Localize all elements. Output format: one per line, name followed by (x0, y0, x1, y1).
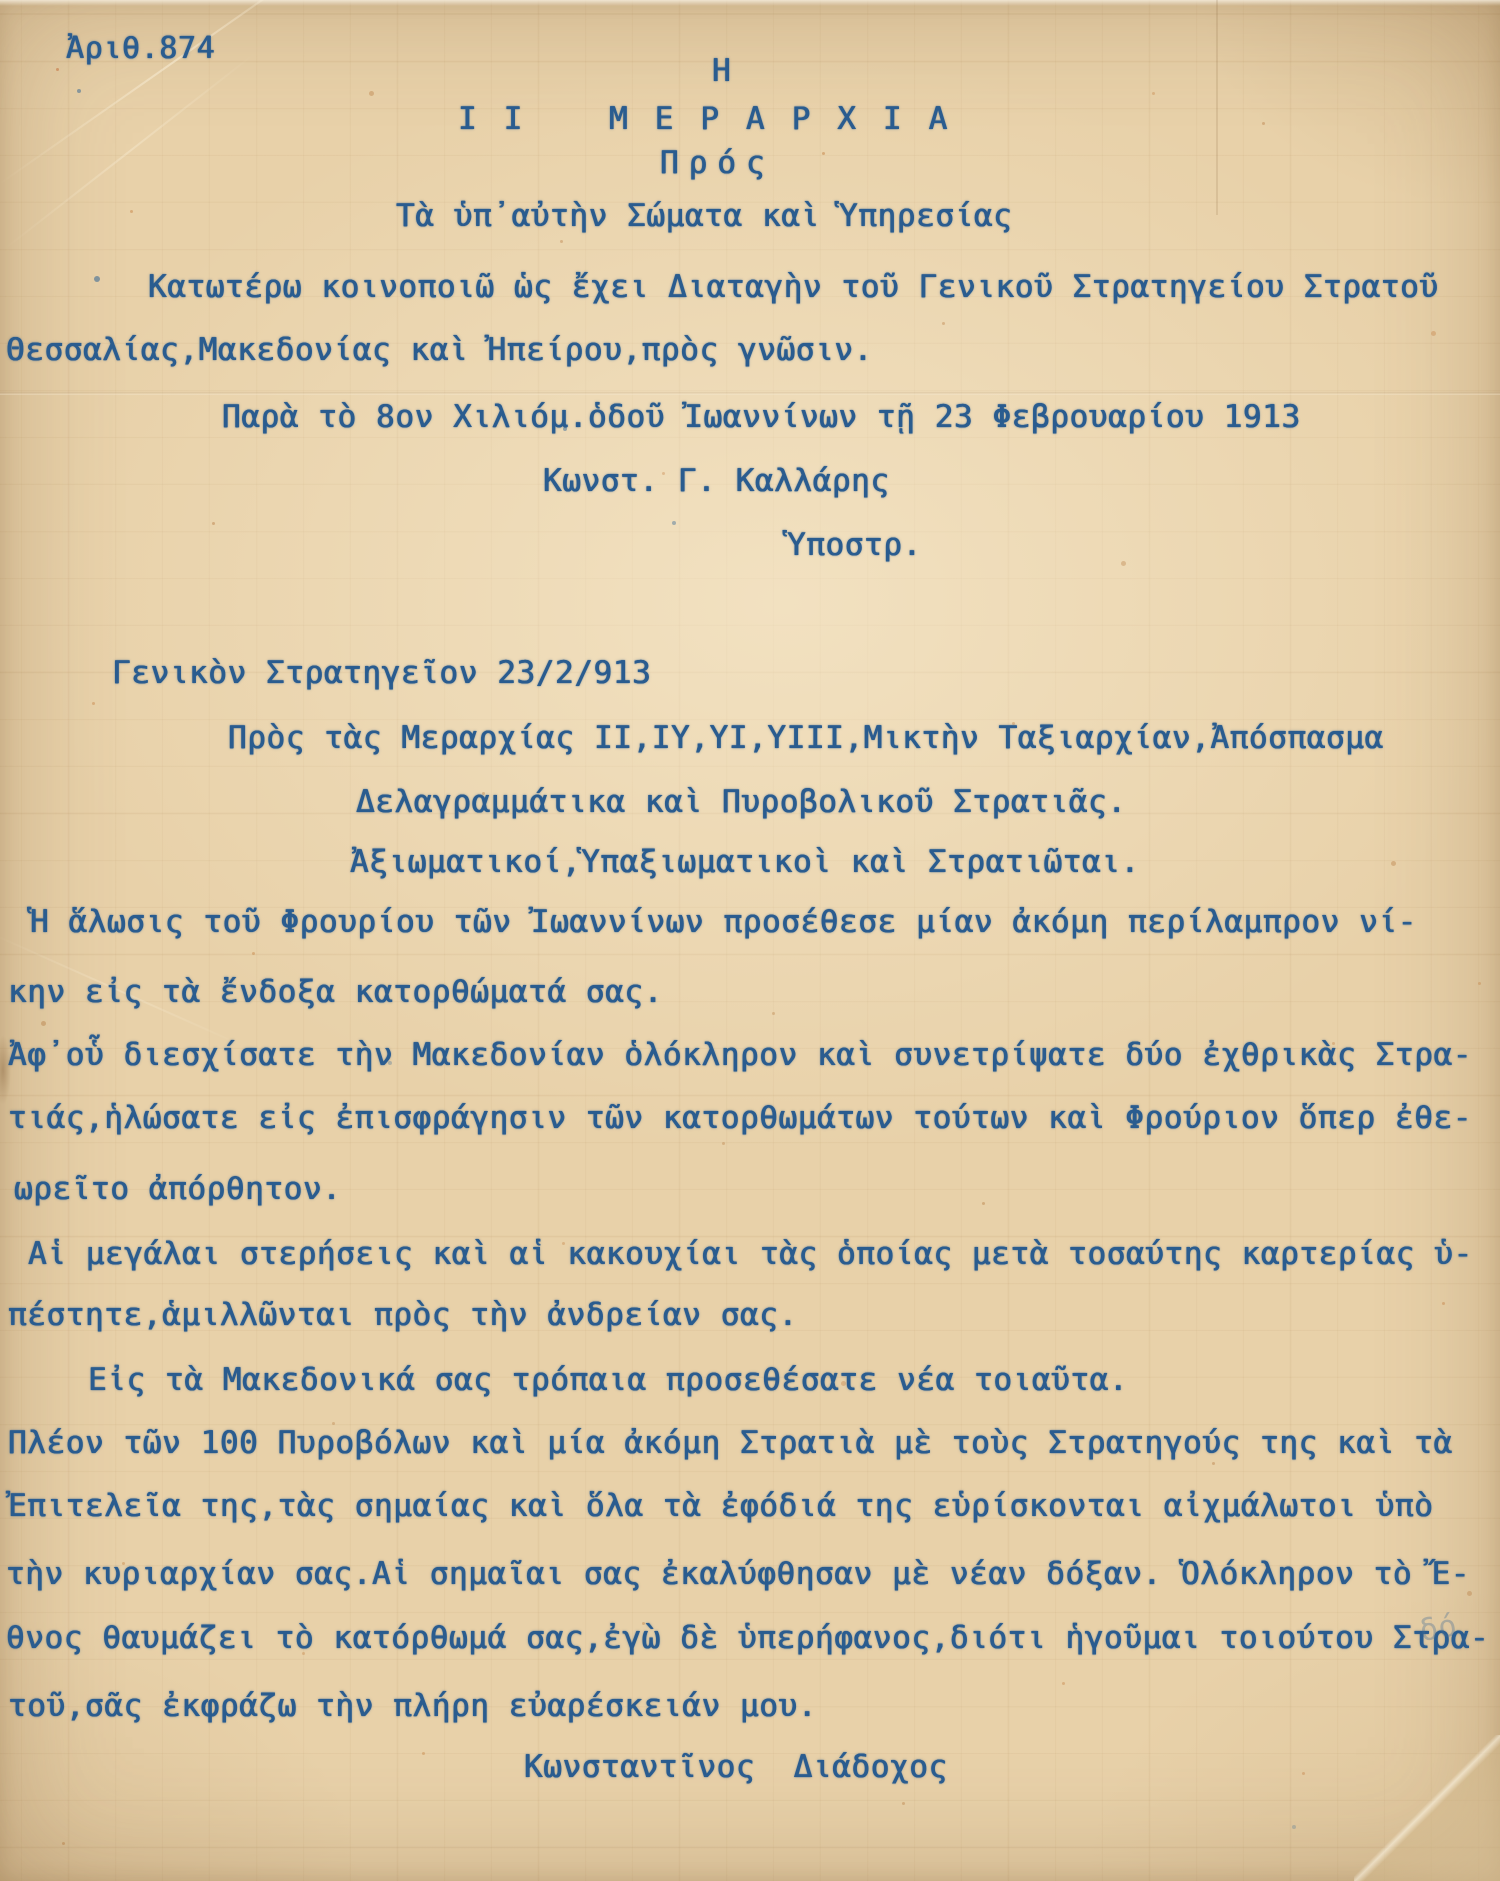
order-headquarters-line: Γενικὸν Στρατηγεῖον 23/2/913 (112, 656, 651, 692)
order-body-line: πέστητε,ἁμιλλῶνται πρὸς τὴν ἀνδρείαν σας… (8, 1298, 798, 1334)
forwarder-rank: Ὑποστρ. (787, 528, 922, 564)
order-body-line: τοῦ,σᾶς ἐκφράζω τὴν πλήρη εὐαρέσκειάν μο… (8, 1689, 817, 1725)
paper-top-edge-highlight (0, 0, 1500, 6)
forwarding-note-line: Κατωτέρω κοινοποιῶ ὡς ἔχει Διαταγὴν τοῦ … (148, 270, 1439, 306)
paper-scratch (3, 52, 256, 251)
dateline: Παρὰ τὸ 8ον Χιλιόμ.ὁδοῦ Ἰωαννίνων τῇ 23 … (222, 400, 1301, 436)
order-body-line: Αἱ μεγάλαι στερήσεις καὶ αἱ κακουχίαι τὰ… (28, 1237, 1473, 1273)
division-title: ΙΙ ΜΕΡΑΡΧΙΑ (458, 102, 974, 138)
order-body-line: Ἡ ἅλωσις τοῦ Φρουρίου τῶν Ἰωαννίνων προσ… (30, 905, 1417, 941)
order-body-line: Πλέον τῶν 100 Πυροβόλων καὶ μία ἀκόμη Στ… (8, 1426, 1453, 1462)
order-body-line: τὴν κυριαρχίαν σας.Αἱ σημαῖαι σας ἐκαλύφ… (6, 1557, 1470, 1593)
heading-article: Η (712, 54, 731, 90)
paper-corner-fold (1354, 1735, 1500, 1881)
order-body-line: Ἐπιτελεῖα της,τὰς σημαίας καὶ ὅλα τὰ ἐφό… (8, 1489, 1434, 1525)
paper-scratch (0, 0, 352, 185)
order-body-line: τιάς,ἡλώσατε εἰς ἐπισφράγησιν τῶν κατορθ… (8, 1101, 1472, 1137)
document-page: Ἀριθ.874 Η ΙΙ ΜΕΡΑΡΧΙΑ Πρός Τὰ ὑπ᾽αὐτὴν … (0, 0, 1500, 1881)
order-body-line: Ἀφ᾽οὗ διεσχίσατε τὴν Μακεδονίαν ὁλόκληρο… (8, 1038, 1472, 1074)
order-body-line: θνος θαυμάζει τὸ κατόρθωμά σας,ἐγὼ δὲ ὑπ… (6, 1621, 1489, 1657)
order-signature: Κωνσταντῖνος Διάδοχος (524, 1750, 948, 1786)
order-address-line: Δελαγραμμάτικα καὶ Πυροβολικοῦ Στρατιᾶς. (356, 785, 1127, 821)
order-salutation: Ἀξιωματικοί,Ὑπαξιωματικοὶ καὶ Στρατιῶται… (350, 845, 1140, 881)
ink-smudge-dots (0, 0, 4, 4)
heading-to-label: Πρός (660, 146, 775, 182)
order-body-line: Εἰς τὰ Μακεδονικά σας τρόπαια προσεθέσατ… (88, 1363, 1128, 1399)
ink-ghost-mark: δό (1417, 1609, 1460, 1649)
forwarder-name: Κωνστ. Γ. Καλλάρης (543, 464, 890, 500)
order-address-line: Πρὸς τὰς Μεραρχίας ΙΙ,ΙΥ,ΥΙ,ΥΙΙΙ,Μικτὴν … (228, 721, 1384, 757)
paper-fold-line (0, 392, 1500, 395)
forwarding-note-line: Θεσσαλίας,Μακεδονίας καὶ Ἠπείρου,πρὸς γν… (6, 333, 873, 369)
paper-fold-line (1216, 0, 1218, 215)
order-body-line: ωρεῖτο ἀπόρθητον. (14, 1172, 341, 1208)
protocol-number: Ἀριθ.874 (66, 32, 215, 67)
order-body-line: κην εἰς τὰ ἔνδοξα κατορθώματά σας. (8, 975, 663, 1011)
heading-recipients: Τὰ ὑπ᾽αὐτὴν Σώματα καὶ Ὑπηρεσίας (396, 199, 1012, 235)
